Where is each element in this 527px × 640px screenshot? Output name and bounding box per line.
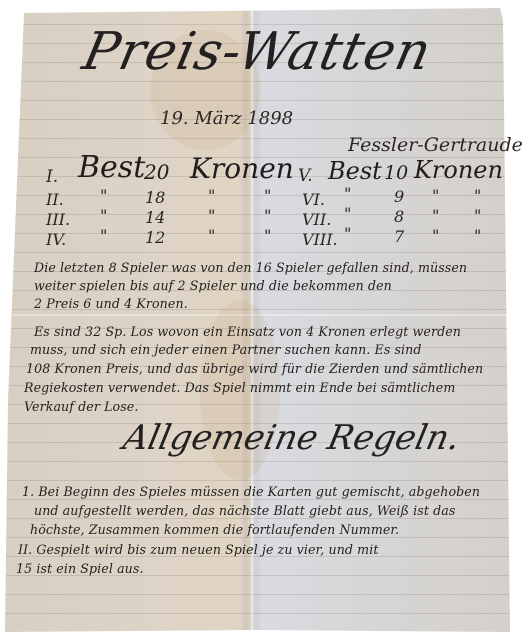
text-line: Verkauf der Lose.: [24, 399, 138, 414]
prize-unit: ": [208, 226, 215, 245]
rule-line: II. Gespielt wird bis zum neuen Spiel je…: [18, 542, 379, 557]
prize-label: ": [100, 206, 107, 225]
text-line: Es sind 32 Sp. Los wovon ein Einsatz von…: [34, 324, 461, 339]
rule-line: 15 ist ein Spiel aus.: [16, 561, 144, 576]
prize-amount: 8: [394, 207, 404, 226]
prize-unit: Kronen: [190, 152, 294, 185]
text-line: Regiekosten verwendet. Das Spiel nimmt e…: [24, 380, 455, 395]
prize-unit: ": [208, 206, 215, 225]
prize-unit: ": [474, 226, 481, 245]
prize-amount: 20: [144, 160, 169, 184]
prize-unit: ": [432, 186, 439, 205]
document-title: Preis-Watten: [78, 22, 437, 82]
text-line: 2 Preis 6 und 4 Kronen.: [34, 296, 188, 311]
document-author: Fessler-Gertraude: [348, 134, 523, 156]
prize-rank: VI.: [302, 190, 325, 209]
text-line: weiter spielen bis auf 2 Spieler und die…: [34, 278, 392, 293]
prize-unit: ": [474, 206, 481, 225]
rule-line: 1. Bei Beginn des Spieles müssen die Kar…: [22, 484, 480, 499]
prize-amount: 9: [394, 187, 404, 206]
prize-rank: I.: [46, 160, 58, 188]
text-line: muss, und sich ein jeder einen Partner s…: [30, 342, 422, 357]
prize-unit: ": [264, 226, 271, 245]
prize-amount: 14: [145, 208, 165, 227]
prize-unit: ": [264, 186, 271, 205]
prize-unit: ": [264, 206, 271, 225]
prize-amount: 7: [394, 227, 404, 246]
prize-rank: VIII.: [302, 230, 338, 249]
prize-unit: Kronen: [414, 156, 503, 184]
prize-rank: VII.: [302, 210, 331, 229]
prize-label: Best: [328, 157, 382, 185]
prize-label: ": [100, 186, 107, 205]
text-line: Die letzten 8 Spieler was von den 16 Spi…: [34, 260, 467, 275]
prize-rank: II.: [46, 190, 64, 209]
prize-amount: 12: [145, 228, 165, 247]
prize-label: ": [344, 204, 351, 223]
text-line: 108 Kronen Preis, und das übrige wird fü…: [26, 361, 483, 376]
prize-rank: IV.: [46, 230, 66, 249]
section-heading: Allgemeine Regeln.: [120, 418, 464, 458]
document-date: 19. März 1898: [160, 108, 293, 129]
prize-unit: ": [208, 186, 215, 205]
prize-label: ": [100, 226, 107, 245]
prize-unit: ": [474, 186, 481, 205]
prize-unit: ": [432, 206, 439, 225]
prize-unit: ": [432, 226, 439, 245]
rule-line: und aufgestellt werden, das nächste Blat…: [34, 503, 455, 518]
prize-amount: 18: [145, 188, 165, 207]
prize-label: ": [344, 224, 351, 243]
rule-line: höchste, Zusammen kommen die fortlaufend…: [30, 522, 399, 537]
prize-amount: 10: [384, 162, 408, 184]
prize-label: Best: [78, 150, 145, 185]
prize-label: ": [344, 184, 351, 203]
prize-rank: III.: [46, 210, 70, 229]
prize-rank: V.: [298, 166, 313, 186]
